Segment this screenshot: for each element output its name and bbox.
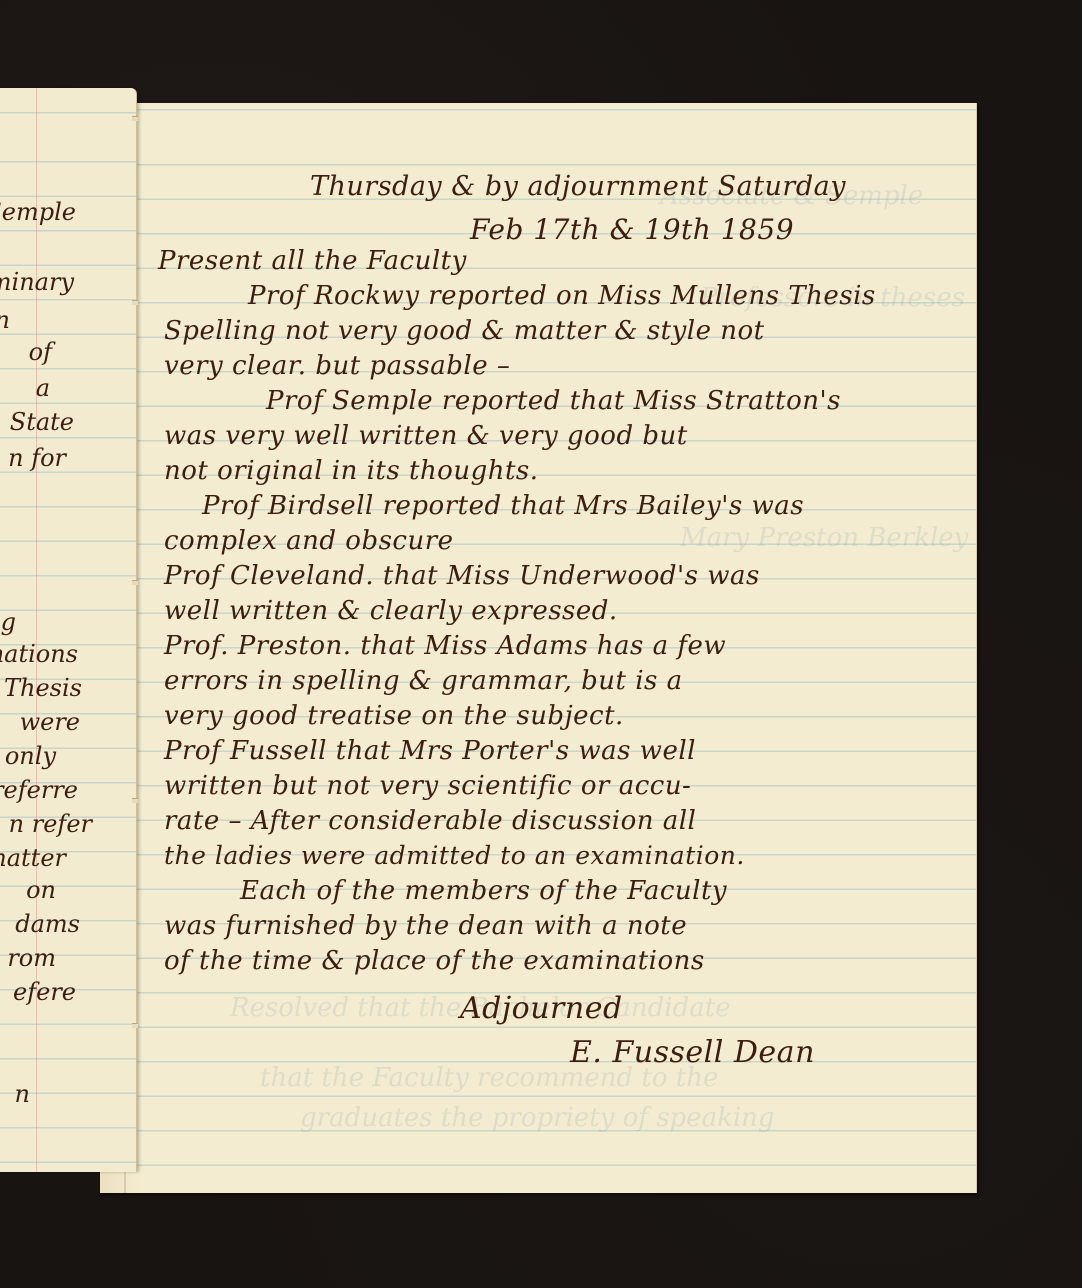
- text-line: Each of the members of the Faculty: [240, 876, 727, 906]
- page-notch: [132, 1023, 138, 1028]
- text-line: Present all the Faculty: [158, 246, 467, 276]
- text-line: Prof Cleveland. that Miss Underwood's wa…: [164, 561, 760, 591]
- left-fragment: Thesis: [4, 674, 82, 702]
- left-fragment: g: [1, 608, 16, 636]
- bleed-through-text: graduates the propriety of speaking: [300, 1103, 775, 1133]
- left-fragment: dams: [15, 910, 80, 938]
- text-line: Prof Birdsell reported that Mrs Bailey's…: [202, 491, 804, 521]
- left-fragment: a: [36, 374, 50, 402]
- text-line: Prof Semple reported that Miss Stratton'…: [266, 386, 841, 416]
- heading-date: Feb 17th & 19th 1859: [470, 213, 794, 246]
- left-fragment: on: [26, 876, 56, 904]
- text-line: Prof Rockwy reported on Miss Mullens The…: [248, 281, 876, 311]
- text-line: well written & clearly expressed.: [164, 596, 618, 626]
- text-line: written but not very scientific or accu-: [164, 771, 691, 801]
- signature: E. Fussell Dean: [570, 1035, 815, 1070]
- text-line: was very well written & very good but: [164, 421, 688, 451]
- text-line: Spelling not very good & matter & style …: [164, 316, 765, 346]
- right-page: Associate & Semple Professors in theses …: [100, 103, 977, 1193]
- left-page: Semple minary n of a State n for g natio…: [0, 88, 137, 1172]
- left-fragment: rom: [7, 944, 56, 972]
- left-fragment: n for: [8, 444, 66, 472]
- page-notch: [132, 116, 138, 121]
- left-fragment: Semple: [0, 198, 76, 226]
- left-fragment: State: [10, 408, 74, 436]
- left-fragment: were: [20, 708, 80, 736]
- margin-rule: [36, 88, 37, 1172]
- text-line: of the time & place of the examinations: [164, 946, 705, 976]
- text-line: errors in spelling & grammar, but is a: [164, 666, 683, 696]
- text-line: the ladies were admitted to an examinati…: [164, 841, 745, 870]
- text-line: very good treatise on the subject.: [164, 701, 624, 731]
- left-fragment: only: [5, 742, 56, 770]
- page-notch: [132, 300, 138, 305]
- left-fragment: n refer: [9, 810, 92, 838]
- text-line: very clear. but passable –: [164, 351, 510, 381]
- page-notch: [132, 798, 138, 803]
- page-notch: [132, 580, 138, 585]
- left-fragment: referre: [0, 776, 78, 804]
- text-line: rate – After considerable discussion all: [164, 806, 696, 836]
- bleed-through-text: Mary Preston Berkley: [680, 523, 968, 553]
- text-line: Prof Fussell that Mrs Porter's was well: [164, 736, 696, 766]
- left-fragment: minary: [0, 268, 74, 296]
- closing-adjourned: Adjourned: [460, 991, 623, 1026]
- text-line: complex and obscure: [164, 526, 454, 556]
- left-fragment: of: [29, 338, 52, 366]
- left-fragment: n: [15, 1080, 30, 1108]
- text-line: Prof. Preston. that Miss Adams has a few: [164, 631, 726, 661]
- left-fragment: n: [0, 306, 10, 334]
- heading-line-1: Thursday & by adjournment Saturday: [310, 171, 846, 202]
- left-fragment: efere: [13, 978, 76, 1006]
- text-line: not original in its thoughts.: [164, 456, 539, 486]
- left-fragment: matter: [0, 844, 66, 872]
- left-fragment: nations: [0, 640, 78, 668]
- text-line: was furnished by the dean with a note: [164, 911, 687, 941]
